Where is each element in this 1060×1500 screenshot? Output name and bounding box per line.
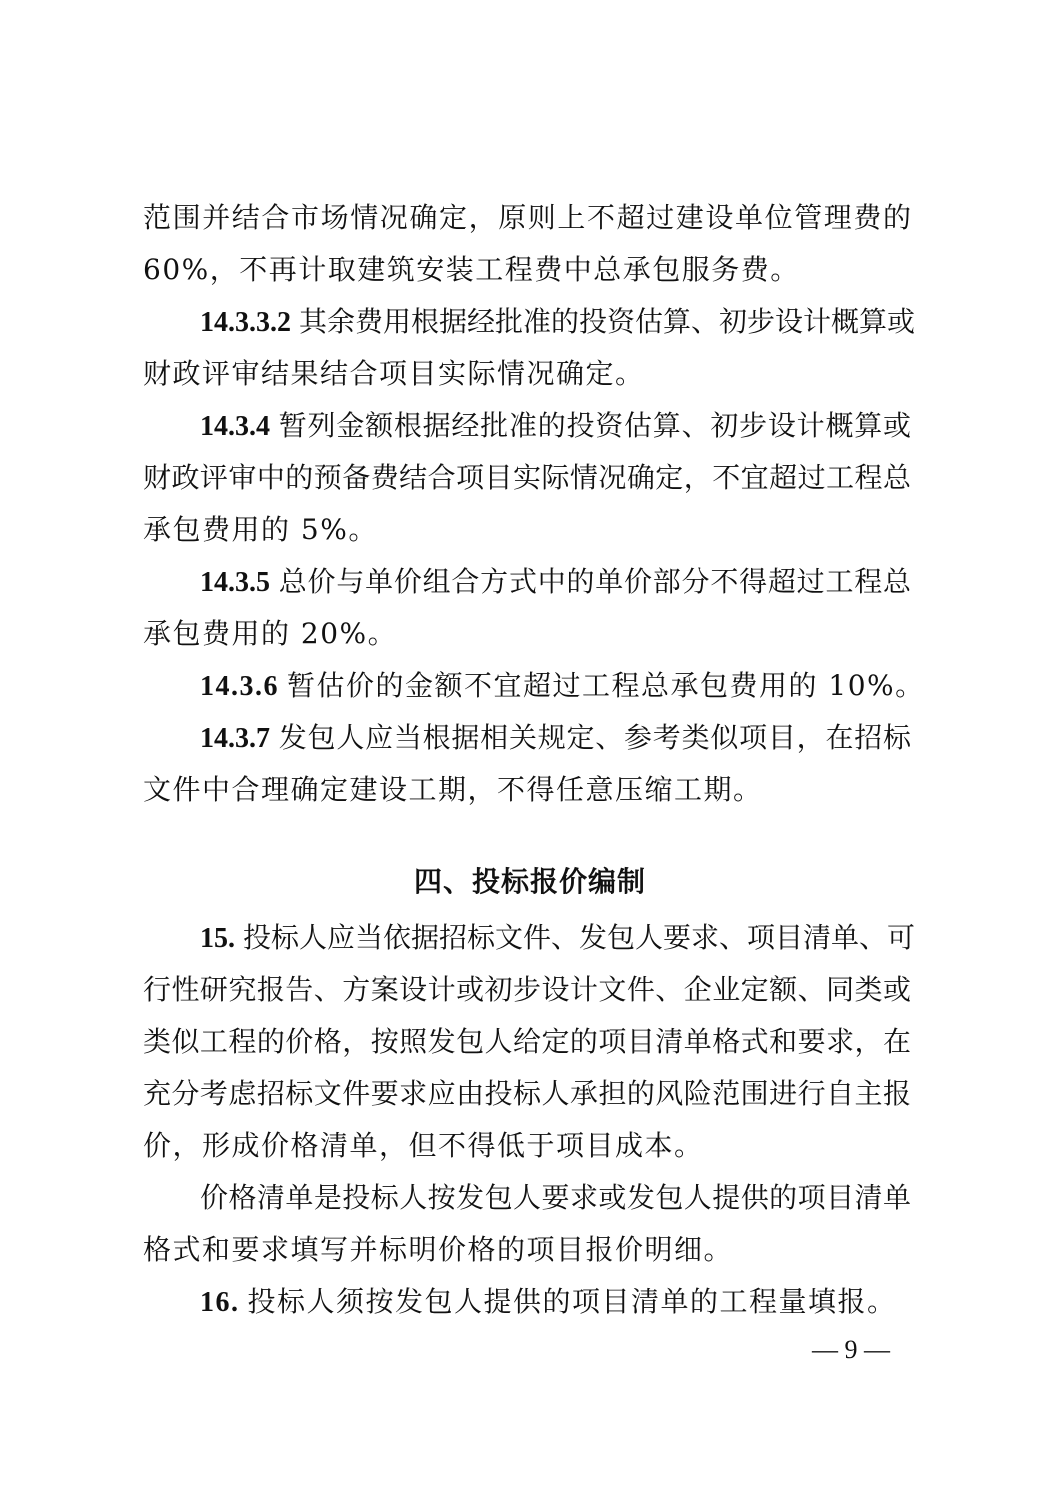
line-text: 财政评审中的预备费结合项目实际情况确定，不宜超过工程总 [143,461,911,494]
line-text: 文件中合理确定建设工期，不得任意压缩工期。 [143,773,763,806]
line-text: 承包费用的 20%。 [143,617,397,650]
clause-number: 14.3.4 [200,411,270,442]
clause-number: 14.3.7 [200,723,270,754]
line-text: 发包人应当根据相关规定、参考类似项目，在招标 [278,721,911,754]
line-text: 总价与单价组合方式中的单价部分不得超过工程总 [278,565,911,598]
line-text: 价，形成价格清单，但不得低于项目成本。 [143,1129,704,1162]
line-text: 暂估价的金额不宜超过工程总承包费用的 10%。 [287,669,925,702]
document-page: 范围并结合市场情况确定，原则上不超过建设单位管理费的60%，不再计取建筑安装工程… [0,0,1060,1500]
line-text: 投标人应当依据招标文件、发包人要求、项目清单、可 [243,921,915,954]
line-text: 行性研究报告、方案设计或初步设计文件、企业定额、同类或 [143,973,911,1006]
line-text: 其余费用根据经批准的投资估算、初步设计概算或 [299,305,915,338]
text-line: 承包费用的 20%。 [143,614,911,654]
text-line: 承包费用的 5%。 [143,510,911,550]
line-text: 格式和要求填写并标明价格的项目报价明细。 [143,1233,733,1266]
page-number: — 9 — [812,1332,890,1368]
line-text: 投标人须按发包人提供的项目清单的工程量填报。 [248,1285,897,1318]
text-line: 14.3.4暂列金额根据经批准的投资估算、初步设计概算或 [200,406,911,446]
clause-number: 16. [200,1287,240,1318]
text-line: 14.3.5总价与单价组合方式中的单价部分不得超过工程总 [200,562,911,602]
text-line: 财政评审结果结合项目实际情况确定。 [143,354,911,394]
line-text: 价格清单是投标人按发包人要求或发包人提供的项目清单 [200,1181,911,1214]
text-line: 价格清单是投标人按发包人要求或发包人提供的项目清单 [200,1178,911,1218]
text-line: 15.投标人应当依据招标文件、发包人要求、项目清单、可 [200,918,911,958]
text-line: 14.3.6暂估价的金额不宜超过工程总承包费用的 10%。 [200,666,911,706]
clause-number: 14.3.6 [200,671,279,702]
section-heading: 四、投标报价编制 [0,862,1060,902]
text-line: 财政评审中的预备费结合项目实际情况确定，不宜超过工程总 [143,458,911,498]
line-text: 承包费用的 5%。 [143,513,378,546]
line-text: 60%，不再计取建筑安装工程费中总承包服务费。 [143,253,800,286]
clause-number: 14.3.3.2 [200,307,291,338]
text-line: 范围并结合市场情况确定，原则上不超过建设单位管理费的 [143,198,911,238]
text-line: 16.投标人须按发包人提供的项目清单的工程量填报。 [200,1282,911,1322]
text-line: 行性研究报告、方案设计或初步设计文件、企业定额、同类或 [143,970,911,1010]
line-text: 充分考虑招标文件要求应由投标人承担的风险范围进行自主报 [143,1077,911,1110]
text-line: 充分考虑招标文件要求应由投标人承担的风险范围进行自主报 [143,1074,911,1114]
text-line: 60%，不再计取建筑安装工程费中总承包服务费。 [143,250,911,290]
line-text: 财政评审结果结合项目实际情况确定。 [143,357,645,390]
text-line: 格式和要求填写并标明价格的项目报价明细。 [143,1230,911,1270]
line-text: 暂列金额根据经批准的投资估算、初步设计概算或 [278,409,911,442]
line-text: 类似工程的价格，按照发包人给定的项目清单格式和要求，在 [143,1025,911,1058]
clause-number: 15. [200,923,235,954]
text-line: 文件中合理确定建设工期，不得任意压缩工期。 [143,770,911,810]
line-text: 范围并结合市场情况确定，原则上不超过建设单位管理费的 [143,201,911,234]
clause-number: 14.3.5 [200,567,270,598]
text-line: 类似工程的价格，按照发包人给定的项目清单格式和要求，在 [143,1022,911,1062]
text-line: 14.3.3.2其余费用根据经批准的投资估算、初步设计概算或 [200,302,911,342]
text-line: 14.3.7发包人应当根据相关规定、参考类似项目，在招标 [200,718,911,758]
text-line: 价，形成价格清单，但不得低于项目成本。 [143,1126,911,1166]
